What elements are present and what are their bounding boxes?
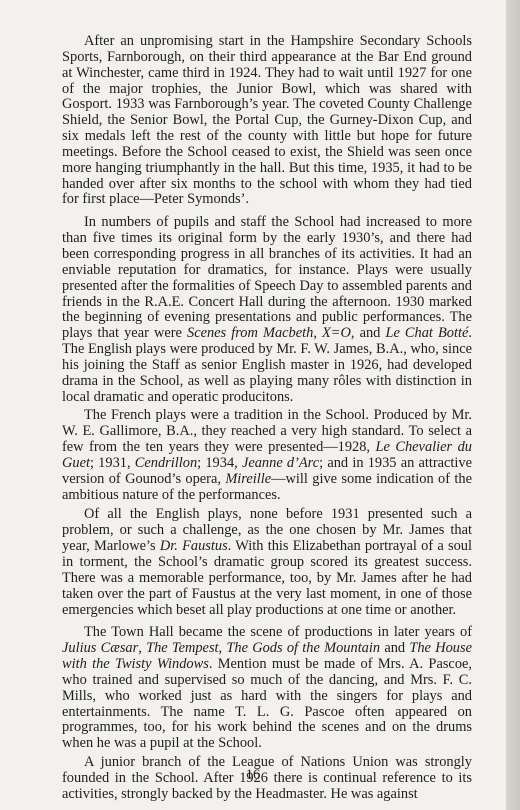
text-run: , bbox=[313, 325, 322, 341]
italic-title: The Gods of the Mountain bbox=[226, 640, 380, 656]
italic-title: Cendrillon bbox=[135, 455, 197, 471]
text-run: The Town Hall became the scene of produc… bbox=[84, 624, 472, 640]
paragraph-town-hall: The Town Hall became the scene of produc… bbox=[62, 625, 472, 752]
page-edge bbox=[506, 0, 520, 810]
italic-title: X=O bbox=[322, 325, 351, 341]
italic-title: Mireille bbox=[225, 471, 271, 487]
text-run: After an unpromising start in the Hampsh… bbox=[62, 33, 472, 207]
text-run: In numbers of pupils and staff the Schoo… bbox=[62, 214, 472, 341]
text-run: , bbox=[138, 640, 146, 656]
italic-title: Scenes from Macbeth bbox=[187, 325, 313, 341]
text-run: , and bbox=[351, 325, 386, 341]
paragraph-dr-faustus: Of all the English plays, none before 19… bbox=[62, 507, 472, 618]
italic-title: Jeanne d’Arc bbox=[242, 455, 319, 471]
text-run: ; 1931, bbox=[90, 455, 135, 471]
italic-title: The Tempest bbox=[146, 640, 218, 656]
italic-title: Julius Cæsar bbox=[62, 640, 138, 656]
paragraph-sports: After an unpromising start in the Hampsh… bbox=[62, 34, 472, 208]
text-run: and bbox=[380, 640, 409, 656]
text-run: ; 1934, bbox=[197, 455, 242, 471]
page-number: 16 bbox=[0, 767, 506, 784]
paragraph-dramatics: In numbers of pupils and staff the Schoo… bbox=[62, 215, 472, 405]
italic-title: Le Chat Botté bbox=[385, 325, 468, 341]
italic-title: Dr. Faustus bbox=[160, 538, 228, 554]
body-text: After an unpromising start in the Hampsh… bbox=[62, 34, 472, 807]
paragraph-french-plays: The French plays were a tradition in the… bbox=[62, 408, 472, 503]
book-page: After an unpromising start in the Hampsh… bbox=[0, 0, 506, 810]
